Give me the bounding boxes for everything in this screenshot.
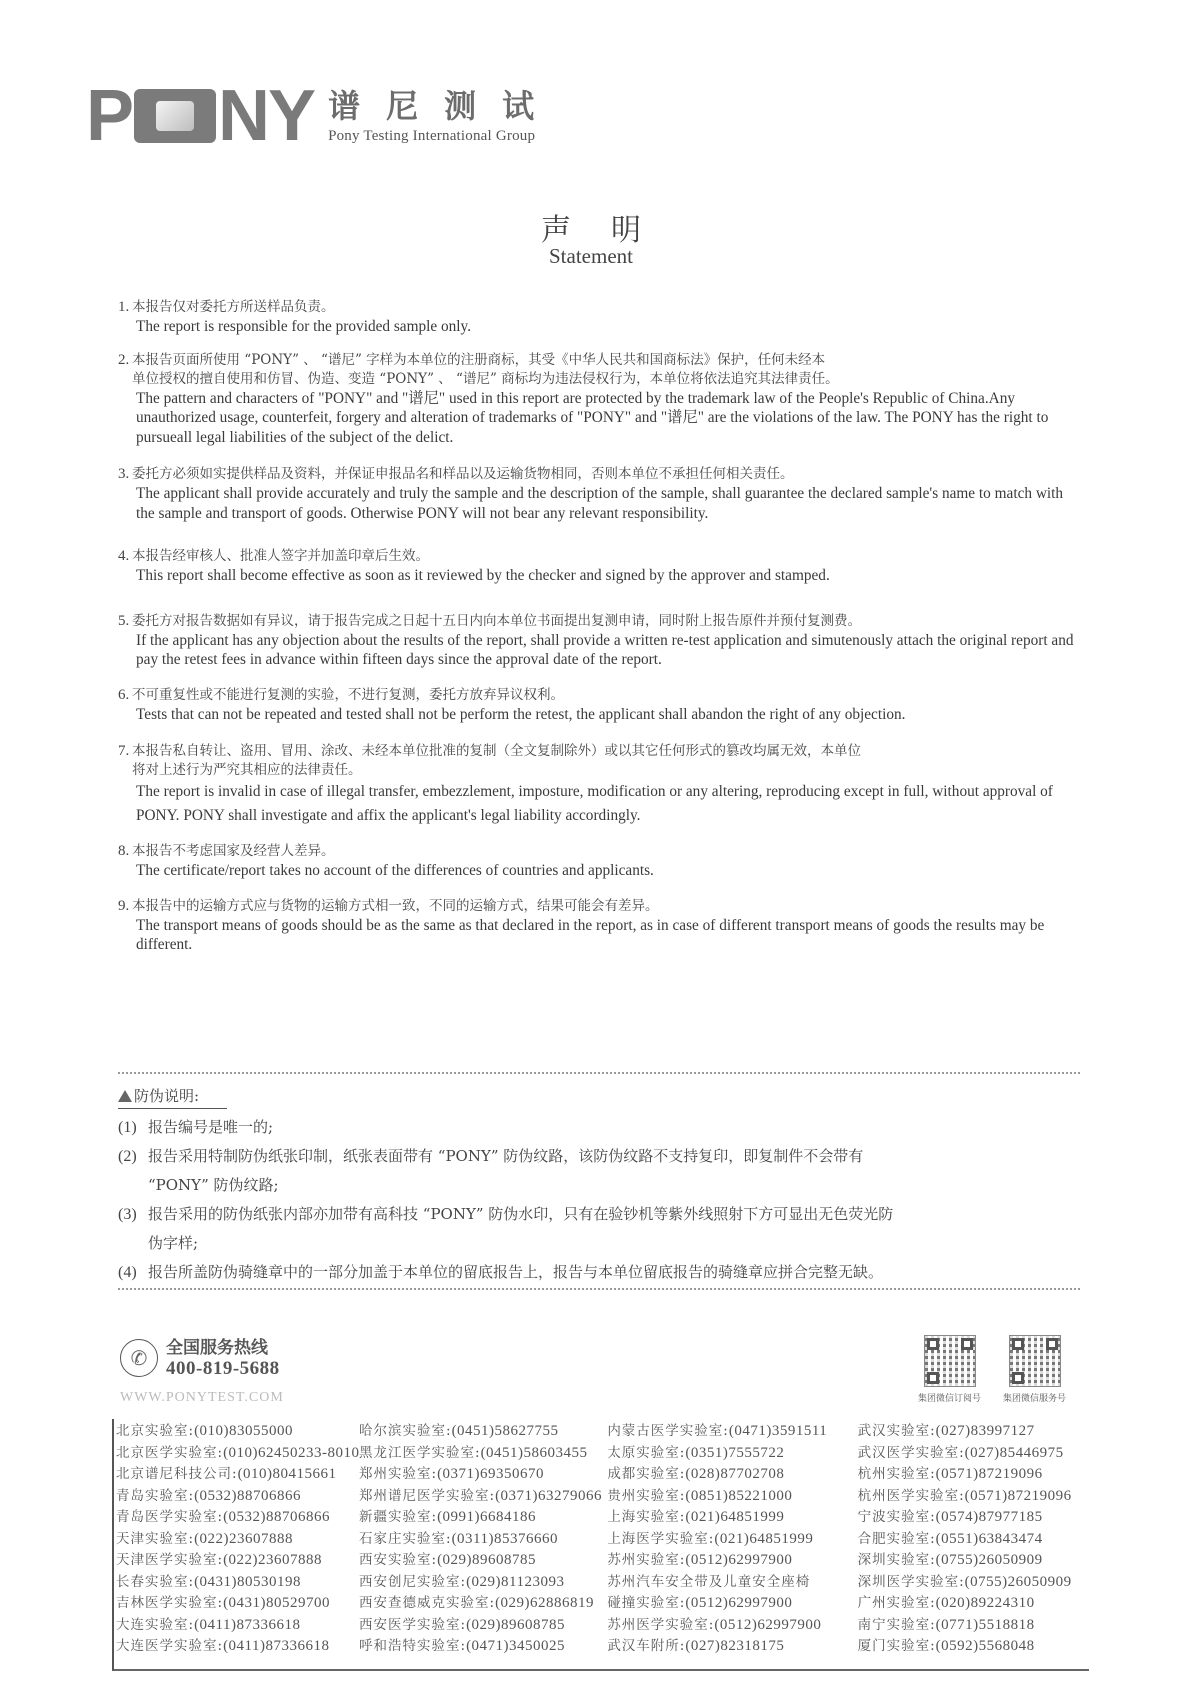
lab-entry: 黑龙江医学实验室:(0451)58603455 [359, 1443, 607, 1465]
item-number: 2. [118, 351, 132, 370]
lab-name: 西安医学实验室: [359, 1617, 466, 1633]
lab-phone: (020)89224310 [936, 1595, 1035, 1611]
lab-entry: 长春实验室:(0431)80530198 [116, 1572, 359, 1594]
lab-name: 武汉车附所: [607, 1638, 685, 1654]
logo-letter-n: N [218, 88, 268, 144]
item-text-cn: 不可重复性或不能进行复测的实验，不进行复测，委托方放弃异议权利。 [132, 687, 564, 703]
phone-icon: ✆ [120, 1339, 158, 1377]
lab-name: 天津实验室: [116, 1531, 194, 1547]
lab-name: 合肥实验室: [858, 1531, 936, 1547]
statement-item: 2.本报告页面所使用 “PONY” 、 “谱尼” 字样为本单位的注册商标，其受《… [118, 351, 1078, 448]
lab-name: 大连医学实验室: [116, 1638, 223, 1654]
statement-item: 8.本报告不考虑国家及经营人差异。 The certificate/report… [118, 842, 1078, 881]
lab-name: 杭州实验室: [858, 1466, 936, 1482]
lab-name: 呼和浩特实验室: [359, 1638, 466, 1654]
lab-name: 青岛医学实验室: [116, 1509, 223, 1525]
lab-phone: (0451)58627755 [452, 1423, 559, 1439]
item-number: 8. [118, 842, 132, 861]
lab-name: 西安创尼实验室: [359, 1574, 466, 1590]
item-number: 6. [118, 686, 132, 705]
item-text: 报告采用的防伪纸张内部亦加带有高科技 “PONY” 防伪水印，只有在验钞机等紫外… [148, 1200, 893, 1229]
lab-entry: 呼和浩特实验室:(0471)3450025 [359, 1636, 607, 1658]
lab-phone: (022)23607888 [223, 1552, 322, 1568]
lab-phone: (029)89608785 [437, 1552, 536, 1568]
item-number: 5. [118, 612, 132, 631]
lab-entry: 西安查德威克实验室:(029)62886819 [359, 1593, 607, 1615]
lab-phone: (021)64851999 [714, 1531, 813, 1547]
lab-phone: (0431)80529700 [223, 1595, 330, 1611]
qr-subscription: 集团微信订阅号 [918, 1335, 981, 1404]
item-number: 3. [118, 465, 132, 484]
lab-entry: 武汉医学实验室:(027)85446975 [858, 1443, 1096, 1465]
lab-entry: 贵州实验室:(0851)85221000 [607, 1486, 857, 1508]
lab-name: 青岛实验室: [116, 1488, 194, 1504]
item-text-en: The report is invalid in case of illegal… [118, 780, 1078, 828]
item-text-en: The transport means of goods should be a… [118, 916, 1078, 955]
lab-name: 石家庄实验室: [359, 1531, 452, 1547]
lab-name: 吉林医学实验室: [116, 1595, 223, 1611]
lab-name: 上海医学实验室: [607, 1531, 714, 1547]
item-text: 报告编号是唯一的; [148, 1113, 273, 1142]
lab-name: 武汉实验室: [858, 1423, 936, 1439]
lab-entry: 深圳实验室:(0755)26050909 [858, 1550, 1096, 1572]
item-number: (4) [118, 1258, 148, 1287]
lab-name: 广州实验室: [858, 1595, 936, 1611]
lab-phone: (0991)6684186 [437, 1509, 536, 1525]
lab-entry: 碰撞实验室:(0512)62997900 [607, 1593, 857, 1615]
page-title-en: Statement [0, 244, 1182, 269]
lab-entry: 大连医学实验室:(0411)87336618 [116, 1636, 359, 1658]
lab-entry: 武汉车附所:(027)82318175 [607, 1636, 857, 1658]
lab-phone: (0512)62997900 [714, 1617, 821, 1633]
lab-name: 苏州汽车安全带及儿童安全座椅 [607, 1574, 810, 1590]
statement-list: 1.本报告仅对委托方所送样品负责。 The report is responsi… [118, 298, 1078, 969]
lab-phone: (027)83997127 [936, 1423, 1035, 1439]
lab-entry: 杭州实验室:(0571)87219096 [858, 1464, 1096, 1486]
logo-letter-o [134, 89, 216, 143]
lab-entry: 苏州实验室:(0512)62997900 [607, 1550, 857, 1572]
lab-phone: (0771)5518818 [936, 1617, 1035, 1633]
item-text-continued: “PONY” 防伪纹路; [118, 1171, 1078, 1200]
lab-phone: (0592)5568048 [936, 1638, 1035, 1654]
item-number: (3) [118, 1200, 148, 1229]
lab-phone: (0755)26050909 [965, 1574, 1072, 1590]
item-text: 报告所盖防伪骑缝章中的一部分加盖于本单位的留底报告上，报告与本单位留底报告的骑缝… [148, 1258, 883, 1287]
dotted-divider-top [118, 1072, 1080, 1074]
company-name-cn: 谱尼测试 [328, 88, 560, 124]
lab-entry: 青岛实验室:(0532)88706866 [116, 1486, 359, 1508]
lab-entry: 天津实验室:(022)23607888 [116, 1529, 359, 1551]
lab-phone: (0311)85376660 [452, 1531, 558, 1547]
lab-entry: 哈尔滨实验室:(0451)58627755 [359, 1421, 607, 1443]
anti-counterfeit-section: 防伪说明: (1)报告编号是唯一的; (2)报告采用特制防伪纸张印制，纸张表面带… [118, 1085, 1078, 1287]
lab-entry: 合肥实验室:(0551)63843474 [858, 1529, 1096, 1551]
lab-column-4: 武汉实验室:(027)83997127武汉医学实验室:(027)85446975… [858, 1421, 1096, 1658]
lab-name: 苏州医学实验室: [607, 1617, 714, 1633]
item-number: (1) [118, 1113, 148, 1142]
lab-phone: (028)87702708 [685, 1466, 784, 1482]
item-text-cn: 本报告中的运输方式应与货物的运输方式相一致，不同的运输方式，结果可能会有差异。 [132, 898, 659, 914]
qr-code-icon [1009, 1335, 1061, 1387]
lab-phone: (0471)3591511 [729, 1423, 827, 1439]
lab-phone: (0411)87336618 [223, 1638, 329, 1654]
item-text-en: Tests that can not be repeated and teste… [118, 705, 1078, 725]
lab-directory: 北京实验室:(010)83055000北京医学实验室:(010)62450233… [116, 1421, 1096, 1658]
lab-name: 贵州实验室: [607, 1488, 685, 1504]
lab-name: 杭州医学实验室: [858, 1488, 965, 1504]
lab-phone: (0371)63279066 [495, 1488, 602, 1504]
lab-phone: (029)89608785 [466, 1617, 565, 1633]
anti-counterfeit-heading: 防伪说明: [118, 1085, 227, 1109]
lab-phone: (0411)87336618 [194, 1617, 300, 1633]
lab-phone: (0532)88706866 [194, 1488, 301, 1504]
lab-phone: (0571)87219096 [965, 1488, 1072, 1504]
lab-name: 北京医学实验室: [116, 1445, 223, 1461]
lab-entry: 大连实验室:(0411)87336618 [116, 1615, 359, 1637]
lab-name: 碰撞实验室: [607, 1595, 685, 1611]
statement-item: 7.本报告私自转让、盗用、冒用、涂改、未经本单位批准的复制（全文复制除外）或以其… [118, 742, 1078, 828]
item-text-cn-continued: 单位授权的擅自使用和仿冒、伪造、变造 “PONY” 、 “谱尼” 商标均为违法侵… [118, 370, 1078, 389]
statement-item: 3.委托方必须如实提供样品及资料，并保证申报品名和样品以及运输货物相同，否则本单… [118, 465, 1078, 523]
lab-name: 深圳实验室: [858, 1552, 936, 1568]
lab-phone: (021)64851999 [685, 1509, 784, 1525]
item-text-cn: 委托方必须如实提供样品及资料，并保证申报品名和样品以及运输货物相同，否则本单位不… [132, 466, 794, 482]
service-hotline: ✆ 全国服务热线 400-819-5688 [120, 1337, 280, 1379]
lab-name: 郑州谱尼医学实验室: [359, 1488, 495, 1504]
lab-phone: (0755)26050909 [936, 1552, 1043, 1568]
lab-name: 宁波实验室: [858, 1509, 936, 1525]
pony-wordmark: P N Y [86, 88, 314, 144]
lab-entry: 上海实验室:(021)64851999 [607, 1507, 857, 1529]
lab-phone: (010)62450233-8010 [223, 1445, 360, 1461]
lab-phone: (0512)62997900 [685, 1552, 792, 1568]
lab-entry: 杭州医学实验室:(0571)87219096 [858, 1486, 1096, 1508]
lab-name: 成都实验室: [607, 1466, 685, 1482]
lab-name: 天津医学实验室: [116, 1552, 223, 1568]
anti-counterfeit-item: (3)报告采用的防伪纸张内部亦加带有高科技 “PONY” 防伪水印，只有在验钞机… [118, 1200, 1078, 1229]
lab-entry: 厦门实验室:(0592)5568048 [858, 1636, 1096, 1658]
logo-letter-y: Y [268, 88, 314, 144]
qr-label: 集团微信服务号 [1003, 1391, 1066, 1404]
lab-entry: 宁波实验室:(0574)87977185 [858, 1507, 1096, 1529]
statement-item: 9.本报告中的运输方式应与货物的运输方式相一致，不同的运输方式，结果可能会有差异… [118, 897, 1078, 955]
lab-entry: 成都实验室:(028)87702708 [607, 1464, 857, 1486]
lab-phone: (0471)3450025 [466, 1638, 565, 1654]
lab-column-2: 哈尔滨实验室:(0451)58627755黑龙江医学实验室:(0451)5860… [359, 1421, 607, 1658]
item-number: 1. [118, 298, 132, 317]
qr-service: 集团微信服务号 [1003, 1335, 1066, 1404]
lab-phone: (027)85446975 [965, 1445, 1064, 1461]
heading-text: 防伪说明: [134, 1087, 199, 1105]
item-text-cn: 本报告页面所使用 “PONY” 、 “谱尼” 字样为本单位的注册商标，其受《中华… [132, 352, 825, 368]
qr-code-icon [924, 1335, 976, 1387]
lab-phone: (027)82318175 [685, 1638, 784, 1654]
lab-phone: (0551)63843474 [936, 1531, 1043, 1547]
lab-phone: (0431)80530198 [194, 1574, 301, 1590]
statement-item: 6.不可重复性或不能进行复测的实验，不进行复测，委托方放弃异议权利。 Tests… [118, 686, 1078, 725]
lab-entry: 新疆实验室:(0991)6684186 [359, 1507, 607, 1529]
statement-item: 4.本报告经审核人、批准人签字并加盖印章后生效。 This report sha… [118, 547, 1078, 586]
lab-phone: (0512)62997900 [685, 1595, 792, 1611]
lab-entry: 石家庄实验室:(0311)85376660 [359, 1529, 607, 1551]
lab-name: 新疆实验室: [359, 1509, 437, 1525]
item-text-continued: 伪字样; [118, 1229, 1078, 1258]
item-text: 报告采用特制防伪纸张印制，纸张表面带有 “PONY” 防伪纹路，该防伪纹路不支持… [148, 1142, 863, 1171]
statement-item: 5.委托方对报告数据如有异议，请于报告完成之日起十五日内向本单位书面提出复测申请… [118, 612, 1078, 670]
lab-entry: 北京医学实验室:(010)62450233-8010 [116, 1443, 359, 1465]
lab-entry: 内蒙古医学实验室:(0471)3591511 [607, 1421, 857, 1443]
lab-entry: 苏州医学实验室:(0512)62997900 [607, 1615, 857, 1637]
lab-phone: (029)81123093 [466, 1574, 564, 1590]
hotline-number: 400-819-5688 [166, 1359, 280, 1379]
company-name-en: Pony Testing International Group [328, 128, 560, 145]
lab-entry: 上海医学实验室:(021)64851999 [607, 1529, 857, 1551]
qr-label: 集团微信订阅号 [918, 1391, 981, 1404]
lab-entry: 天津医学实验室:(022)23607888 [116, 1550, 359, 1572]
item-text-cn: 委托方对报告数据如有异议，请于报告完成之日起十五日内向本单位书面提出复测申请，同… [132, 613, 861, 629]
lab-entry: 吉林医学实验室:(0431)80529700 [116, 1593, 359, 1615]
lab-phone: (0574)87977185 [936, 1509, 1043, 1525]
lab-name: 西安查德威克实验室: [359, 1595, 495, 1611]
lab-name: 南宁实验室: [858, 1617, 936, 1633]
lab-phone: (0532)88706866 [223, 1509, 330, 1525]
lab-name: 长春实验室: [116, 1574, 194, 1590]
item-text-en: If the applicant has any objection about… [118, 631, 1078, 670]
lab-entry: 南宁实验室:(0771)5518818 [858, 1615, 1096, 1637]
item-text-en: The applicant shall provide accurately a… [118, 484, 1078, 523]
lab-entry: 青岛医学实验室:(0532)88706866 [116, 1507, 359, 1529]
lab-entry: 西安创尼实验室:(029)81123093 [359, 1572, 607, 1594]
website-url: WWW.PONYTEST.COM [120, 1390, 284, 1406]
item-number: 9. [118, 897, 132, 916]
lab-phone: (0851)85221000 [685, 1488, 792, 1504]
anti-counterfeit-item: (2)报告采用特制防伪纸张印制，纸张表面带有 “PONY” 防伪纹路，该防伪纹路… [118, 1142, 1078, 1171]
item-text-en: The report is responsible for the provid… [118, 317, 1078, 337]
anti-counterfeit-item: (4)报告所盖防伪骑缝章中的一部分加盖于本单位的留底报告上，报告与本单位留底报告… [118, 1258, 1078, 1287]
lab-name: 上海实验室: [607, 1509, 685, 1525]
item-text-cn: 本报告不考虑国家及经营人差异。 [132, 843, 335, 859]
lab-phone: (010)80415661 [238, 1466, 337, 1482]
page-title-cn: 声明 [0, 205, 1182, 249]
item-number: 7. [118, 742, 132, 761]
lab-phone: (010)83055000 [194, 1423, 293, 1439]
lab-entry: 苏州汽车安全带及儿童安全座椅 [607, 1572, 857, 1594]
lab-name: 深圳医学实验室: [858, 1574, 965, 1590]
lab-phone: (0371)69350670 [437, 1466, 544, 1482]
lab-entry: 西安实验室:(029)89608785 [359, 1550, 607, 1572]
item-number: 4. [118, 547, 132, 566]
lab-entry: 武汉实验室:(027)83997127 [858, 1421, 1096, 1443]
company-name-block: 谱尼测试 Pony Testing International Group [328, 88, 560, 145]
lab-phone: (0451)58603455 [481, 1445, 588, 1461]
lab-entry: 郑州实验室:(0371)69350670 [359, 1464, 607, 1486]
item-text-en: The pattern and characters of "PONY" and… [118, 389, 1078, 448]
anti-counterfeit-item: (1)报告编号是唯一的; [118, 1113, 1078, 1142]
lab-name: 西安实验室: [359, 1552, 437, 1568]
lab-entry: 广州实验室:(020)89224310 [858, 1593, 1096, 1615]
company-logo: P N Y 谱尼测试 Pony Testing International Gr… [86, 88, 560, 148]
dotted-divider-bottom [118, 1288, 1080, 1290]
lab-entry: 北京谱尼科技公司:(010)80415661 [116, 1464, 359, 1486]
lab-column-3: 内蒙古医学实验室:(0471)3591511太原实验室:(0351)755572… [607, 1421, 857, 1658]
lab-phone: (0571)87219096 [936, 1466, 1043, 1482]
lab-name: 厦门实验室: [858, 1638, 936, 1654]
logo-letter-p: P [86, 88, 132, 144]
lab-name: 太原实验室: [607, 1445, 685, 1461]
lab-name: 北京实验室: [116, 1423, 194, 1439]
lab-name: 内蒙古医学实验室: [607, 1423, 729, 1439]
lab-phone: (022)23607888 [194, 1531, 293, 1547]
lab-entry: 北京实验室:(010)83055000 [116, 1421, 359, 1443]
item-number: (2) [118, 1142, 148, 1171]
lab-phone: (029)62886819 [495, 1595, 594, 1611]
lab-name: 黑龙江医学实验室: [359, 1445, 481, 1461]
lab-name: 郑州实验室: [359, 1466, 437, 1482]
lab-phone: (0351)7555722 [685, 1445, 784, 1461]
item-text-cn: 本报告私自转让、盗用、冒用、涂改、未经本单位批准的复制（全文复制除外）或以其它任… [132, 743, 861, 759]
lab-name: 武汉医学实验室: [858, 1445, 965, 1461]
item-text-cn: 本报告经审核人、批准人签字并加盖印章后生效。 [132, 548, 429, 564]
lab-entry: 郑州谱尼医学实验室:(0371)63279066 [359, 1486, 607, 1508]
lab-entry: 深圳医学实验室:(0755)26050909 [858, 1572, 1096, 1594]
statement-item: 1.本报告仅对委托方所送样品负责。 The report is responsi… [118, 298, 1078, 337]
lab-name: 大连实验室: [116, 1617, 194, 1633]
item-text-en: This report shall become effective as so… [118, 566, 1078, 586]
triangle-icon [118, 1090, 132, 1102]
hotline-label: 全国服务热线 [166, 1337, 280, 1359]
lab-entry: 西安医学实验室:(029)89608785 [359, 1615, 607, 1637]
lab-column-1: 北京实验室:(010)83055000北京医学实验室:(010)62450233… [116, 1421, 359, 1658]
lab-entry: 太原实验室:(0351)7555722 [607, 1443, 857, 1465]
item-text-cn: 本报告仅对委托方所送样品负责。 [132, 299, 335, 315]
lab-name: 哈尔滨实验室: [359, 1423, 452, 1439]
lab-name: 北京谱尼科技公司: [116, 1466, 238, 1482]
lab-name: 苏州实验室: [607, 1552, 685, 1568]
item-text-cn-continued: 将对上述行为严究其相应的法律责任。 [118, 761, 1078, 780]
item-text-en: The certificate/report takes no account … [118, 861, 1078, 881]
